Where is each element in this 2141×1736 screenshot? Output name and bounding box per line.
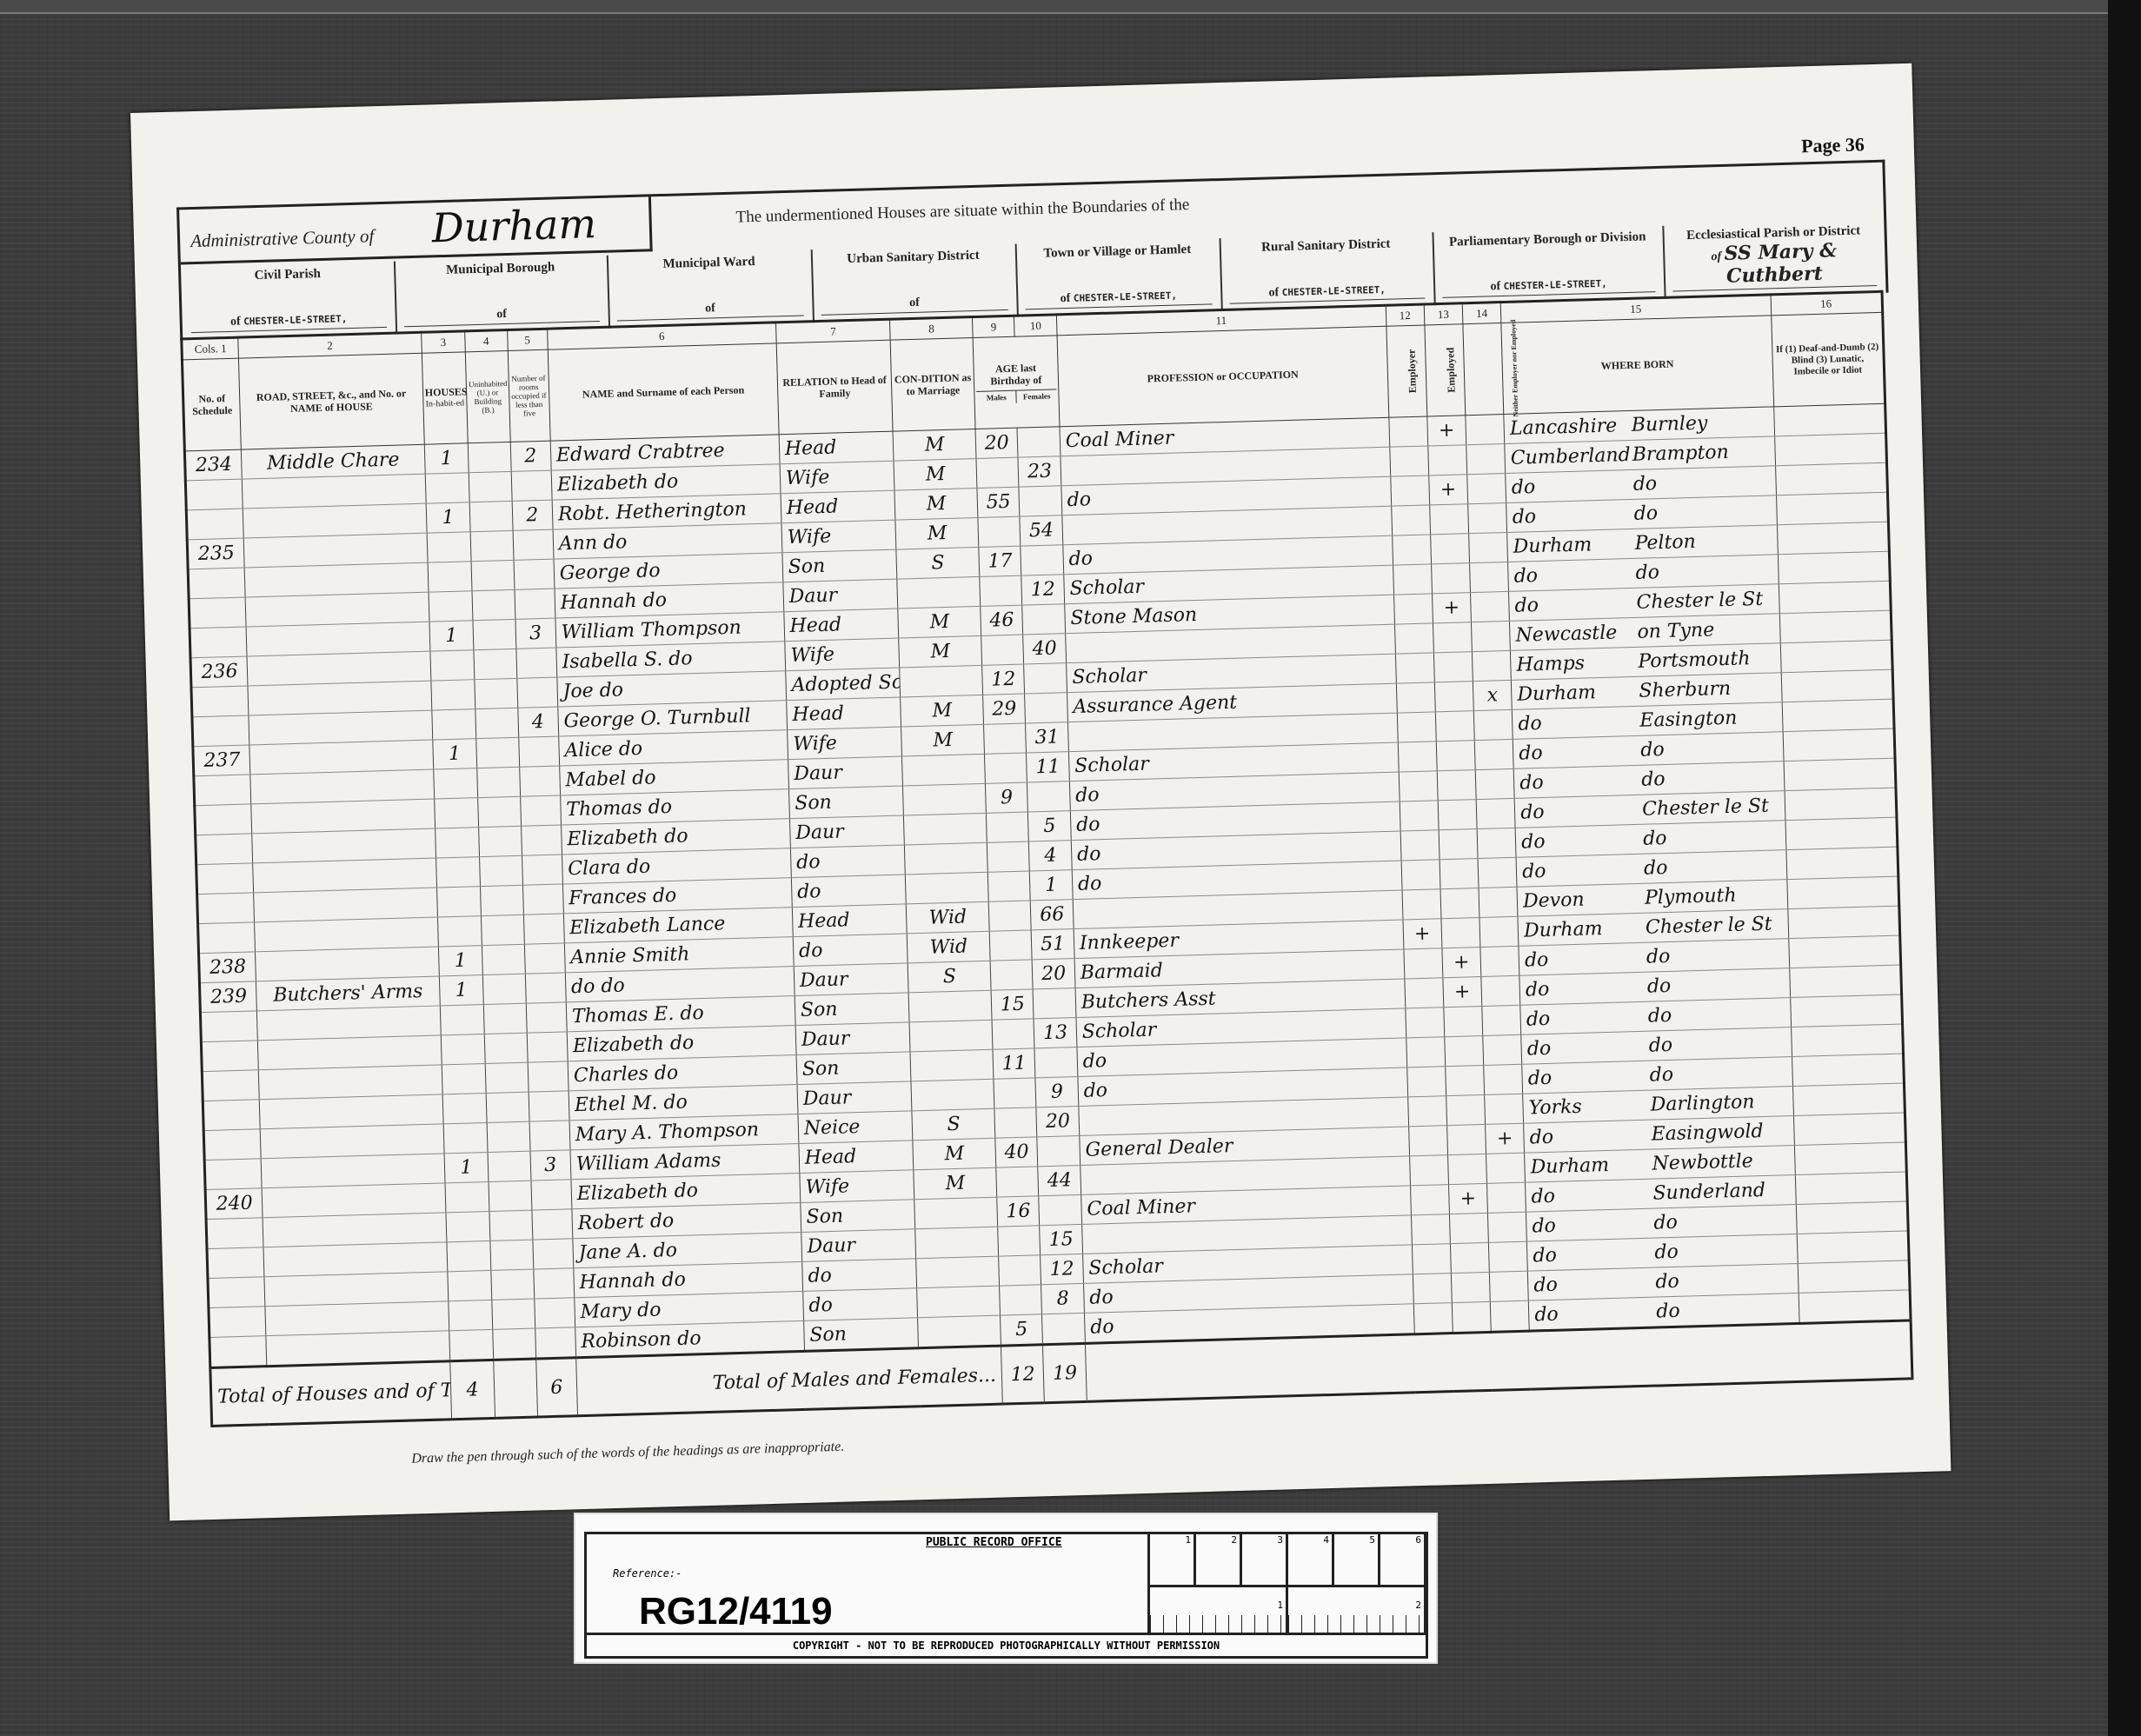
cell-infirmity	[1778, 551, 1890, 584]
cell-male-age: 11	[993, 1048, 1035, 1079]
cell-male-age	[980, 575, 1022, 606]
cell-condition	[908, 990, 992, 1022]
col-age-label: AGE last Birthday of	[975, 361, 1056, 388]
cell-rooms	[511, 470, 552, 501]
cell-relation: Head	[779, 431, 894, 464]
males-females-total-label: Total of Males and Females...	[575, 1346, 1002, 1416]
public-record-office-label: PUBLIC RECORD OFFICE Reference:- RG12/41…	[574, 1513, 1438, 1664]
born-county: do	[1526, 976, 1648, 1001]
cell-uninhabited	[485, 1062, 528, 1093]
cell-neither	[1479, 887, 1518, 917]
cell-condition: M	[914, 1167, 997, 1200]
cell-female-age	[1017, 427, 1060, 457]
cell-rooms	[526, 1002, 567, 1033]
born-county: Durham	[1524, 917, 1646, 942]
cell-uninhabited	[493, 1328, 535, 1360]
cell-male-age: 20	[975, 428, 1018, 458]
cell-male-age: 5	[1001, 1314, 1043, 1346]
cell-relation: Daur	[788, 756, 902, 789]
cell-schedule	[208, 1277, 265, 1308]
cell-neither	[1480, 946, 1519, 976]
born-place: Burnley	[1632, 412, 1708, 436]
houses-uninhabited-total	[494, 1359, 537, 1418]
cell-uninhabited	[481, 885, 523, 915]
cell-uninhabited	[490, 1240, 533, 1270]
cell-uninhabited	[468, 442, 510, 472]
cell-uninhabited	[480, 855, 522, 886]
division-label: Parliamentary Borough or Division	[1432, 226, 1662, 250]
cell-uninhabited	[469, 471, 511, 502]
column-number: 4	[465, 330, 508, 352]
cell-female-age: 20	[1033, 959, 1075, 989]
cell-condition: M	[898, 606, 981, 638]
cell-condition	[916, 1256, 1000, 1288]
division-label: Urban Sanitary District	[811, 244, 1015, 269]
cell-employed	[1438, 800, 1477, 830]
cell-relation: Head	[781, 490, 895, 523]
cell-uninhabited	[487, 1121, 529, 1152]
cell-schedule: 240	[205, 1188, 263, 1220]
cell-relation: Head	[787, 697, 901, 730]
cell-male-age: 29	[983, 694, 1026, 724]
cell-employed	[1449, 1213, 1488, 1243]
born-county: do	[1534, 1301, 1657, 1327]
cell-employer	[1390, 476, 1429, 506]
cell-infirmity	[1780, 640, 1892, 673]
col-employed: Employed	[1425, 324, 1466, 416]
cell-rooms: 3	[530, 1150, 571, 1181]
cell-inhabited	[442, 1094, 487, 1124]
cell-condition: M	[894, 458, 977, 490]
cell-male-age	[986, 812, 1028, 842]
cell-female-age	[1019, 486, 1061, 516]
cell-relation: Daur	[794, 963, 908, 996]
cell-rooms	[528, 1061, 568, 1092]
cell-male-age: 40	[995, 1137, 1038, 1167]
cell-schedule	[209, 1336, 267, 1368]
cell-inhabited	[429, 591, 473, 622]
cell-employed	[1445, 1035, 1484, 1066]
cell-schedule	[196, 834, 253, 865]
born-place: do	[1648, 1034, 1672, 1057]
cell-employer	[1398, 742, 1437, 772]
division-value: CHESTER-LE-STREET,	[1442, 276, 1655, 298]
born-place: Chester le St	[1636, 589, 1763, 614]
cell-rooms	[515, 648, 556, 678]
cell-schedule	[198, 922, 256, 954]
born-place: do	[1646, 946, 1671, 968]
cell-infirmity	[1779, 610, 1892, 643]
cell-employer: +	[1403, 919, 1442, 949]
division-value: CHESTER-LE-STREET,	[191, 311, 387, 333]
cell-neither	[1472, 650, 1511, 681]
cell-schedule	[203, 1100, 260, 1131]
cell-condition	[903, 783, 987, 815]
cell-female-age	[1027, 782, 1070, 812]
born-place: do	[1649, 1064, 1673, 1087]
cell-condition	[905, 842, 988, 875]
cell-employed	[1452, 1301, 1491, 1333]
cell-schedule: 239	[199, 981, 256, 1013]
column-number: 9	[972, 316, 1014, 337]
cell-inhabited	[447, 1240, 491, 1271]
cell-rooms	[527, 1032, 568, 1062]
cell-inhabited	[435, 828, 479, 858]
cell-employed	[1440, 859, 1479, 889]
cell-inhabited: 1	[429, 621, 474, 651]
cell-employer	[1391, 505, 1430, 535]
cell-inhabited	[443, 1122, 488, 1153]
cell-male-age	[976, 457, 1019, 488]
cell-neither	[1470, 591, 1509, 622]
ruler-cm-mark: 4	[1288, 1534, 1334, 1585]
cell-employer	[1394, 623, 1433, 654]
cell-female-age	[1022, 604, 1065, 635]
cell-uninhabited	[482, 944, 525, 974]
col-relation: RELATION to Head of Family	[776, 340, 893, 435]
cell-schedule	[201, 1041, 258, 1072]
cell-employed	[1435, 711, 1474, 742]
cell-schedule	[202, 1070, 259, 1101]
cell-condition: S	[908, 961, 992, 993]
cell-neither	[1468, 502, 1507, 533]
cell-uninhabited	[470, 530, 513, 561]
cell-male-age	[994, 1107, 1037, 1138]
cell-neither	[1473, 709, 1513, 740]
col-age: AGE last Birthday ofMalesFemales	[973, 336, 1060, 429]
cell-female-age: 5	[1028, 811, 1071, 841]
born-place: do	[1648, 1005, 1672, 1028]
born-place: Easington	[1639, 708, 1738, 732]
cell-inhabited	[449, 1329, 493, 1360]
ruler-cm-mark: 6	[1380, 1534, 1426, 1585]
cell-condition: M	[901, 695, 984, 727]
cell-neither	[1478, 857, 1517, 888]
cell-schedule	[206, 1218, 263, 1249]
division-label: Rural Sanitary District	[1220, 232, 1433, 256]
cell-inhabited: 1	[426, 502, 470, 533]
cell-uninhabited	[475, 708, 518, 738]
cell-employer	[1409, 1155, 1448, 1186]
column-number: 10	[1014, 315, 1057, 336]
cell-rooms	[518, 736, 559, 767]
scale-ruler: 123456 12	[1147, 1534, 1426, 1633]
born-place: do	[1641, 768, 1666, 791]
cell-employed	[1440, 888, 1479, 919]
cell-neither	[1485, 1094, 1524, 1124]
cell-employed	[1447, 1154, 1486, 1184]
cell-inhabited	[433, 768, 477, 799]
cell-relation: Head	[792, 904, 907, 937]
born-county: Cumberland	[1511, 444, 1633, 469]
born-county: do	[1520, 799, 1643, 824]
cell-employer	[1395, 653, 1434, 683]
cell-schedule	[196, 863, 254, 895]
cell-uninhabited	[489, 1210, 532, 1240]
cell-relation: Wife	[787, 727, 901, 760]
cell-rooms	[522, 855, 562, 885]
cell-uninhabited	[484, 1033, 527, 1063]
cell-neither	[1488, 1241, 1527, 1272]
cell-relation: Adopted Son	[786, 668, 901, 701]
cell-relation: do	[802, 1288, 917, 1321]
copyright-notice: COPYRIGHT - NOT TO BE REPRODUCED PHOTOGR…	[587, 1633, 1426, 1656]
footnote: Draw the pen through such of the words o…	[411, 1440, 844, 1467]
cell-employed: +	[1429, 475, 1468, 505]
cell-employer	[1412, 1244, 1451, 1274]
cell-inhabited	[431, 709, 475, 740]
born-place: do	[1640, 739, 1665, 762]
col-where-born: WHERE BORN	[1501, 316, 1773, 415]
cell-infirmity	[1783, 728, 1895, 762]
cell-employer	[1407, 1096, 1446, 1127]
cell-employer	[1405, 1008, 1444, 1038]
cell-employed	[1433, 622, 1472, 653]
cell-employer	[1397, 712, 1436, 742]
cell-employed: +	[1443, 977, 1482, 1008]
scan-top-band	[0, 0, 2141, 14]
division-rural-sanitary-district: Rural Sanitary DistrictCHESTER-LE-STREET…	[1220, 232, 1436, 311]
col-inhabited: HOUSESIn-habit-ed	[422, 352, 468, 444]
born-place: do	[1644, 857, 1668, 880]
cell-relation: do	[793, 934, 908, 967]
cell-male-age	[989, 930, 1032, 961]
cell-neither	[1469, 532, 1508, 562]
cell-infirmity	[1785, 847, 1898, 880]
cell-inhabited	[434, 798, 478, 828]
cell-employed	[1445, 1065, 1484, 1095]
cell-rooms: 4	[517, 707, 558, 737]
cell-condition: M	[913, 1138, 996, 1170]
cell-male-age: 17	[979, 546, 1021, 576]
cell-condition	[902, 754, 986, 786]
cell-schedule	[189, 627, 247, 658]
cell-inhabited: 1	[438, 946, 482, 976]
cell-relation: Son	[788, 786, 903, 819]
cell-neither: x	[1473, 680, 1512, 710]
col-rooms: Number of rooms occupied if less than fi…	[508, 349, 550, 442]
cell-employer	[1396, 682, 1435, 713]
administrative-county-label: Administrative County of	[190, 225, 375, 252]
cell-inhabited	[448, 1300, 492, 1330]
reference-number: RG12/4119	[639, 1590, 833, 1633]
division-town-or-village-or-hamlet: Town or Village or HamletCHESTER-LE-STRE…	[1015, 238, 1223, 317]
cell-rooms	[533, 1268, 574, 1299]
cell-infirmity	[1785, 788, 1897, 821]
cell-employer	[1404, 978, 1443, 1008]
cell-schedule	[192, 715, 249, 747]
cell-rooms	[514, 559, 555, 589]
cell-employer	[1393, 564, 1432, 595]
cell-relation: Wife	[781, 520, 896, 553]
column-number: 3	[421, 331, 465, 353]
cell-infirmity	[1784, 758, 1896, 791]
born-county: do	[1512, 503, 1634, 529]
cell-employer	[1406, 1037, 1445, 1068]
cell-schedule	[197, 893, 255, 924]
born-county: do	[1529, 1124, 1652, 1149]
cell-relation: do	[791, 875, 906, 908]
cell-condition: Wid	[907, 901, 990, 934]
cell-uninhabited	[472, 589, 515, 620]
cell-female-age: 12	[1041, 1254, 1083, 1284]
cell-female-age	[1021, 545, 1063, 575]
cell-employed	[1446, 1124, 1486, 1154]
col-males: Males	[976, 390, 1016, 403]
record-office-title: PUBLIC RECORD OFFICE	[926, 1536, 1062, 1549]
cell-employer	[1399, 771, 1438, 801]
cell-inhabited	[440, 1005, 484, 1035]
cell-neither	[1487, 1212, 1526, 1242]
cell-rooms	[519, 766, 560, 796]
col-neither: Neither Employer nor Employed	[1463, 323, 1504, 416]
cell-male-age	[992, 1019, 1034, 1049]
scan-right-band	[2108, 0, 2141, 1736]
cell-uninhabited	[486, 1092, 529, 1122]
males-total: 12	[1001, 1345, 1045, 1404]
cell-infirmity	[1787, 906, 1899, 939]
division-value: CHESTER-LE-STREET,	[1229, 283, 1425, 304]
cell-uninhabited	[492, 1299, 535, 1329]
cell-male-age: 16	[997, 1196, 1040, 1227]
cell-female-age	[1042, 1313, 1085, 1344]
cell-condition: M	[895, 517, 979, 549]
cell-infirmity	[1792, 1054, 1904, 1087]
division-civil-parish: Civil ParishCHESTER-LE-STREET,	[181, 262, 397, 341]
administrative-county-value: Durham	[431, 200, 597, 251]
born-county: do	[1527, 1035, 1650, 1061]
cell-inhabited	[425, 473, 469, 503]
born-county: Hamps	[1516, 651, 1639, 676]
cell-relation: Son	[801, 1200, 915, 1233]
cell-employer	[1389, 446, 1428, 476]
column-number: 16	[1771, 291, 1883, 316]
cell-uninhabited	[477, 767, 520, 797]
born-place: Chester le St	[1642, 795, 1769, 821]
born-county: Yorks	[1528, 1094, 1651, 1120]
cell-neither	[1477, 828, 1516, 858]
cell-condition: S	[912, 1108, 995, 1141]
census-table: Cols. 12345678910111213141516 No. of Sch…	[180, 290, 1913, 1427]
cell-inhabited	[441, 1034, 485, 1065]
cell-female-age: 31	[1026, 722, 1068, 753]
cell-male-age: 55	[977, 487, 1020, 517]
cell-female-age: 51	[1032, 929, 1074, 960]
cell-uninhabited	[488, 1151, 530, 1181]
cell-condition	[917, 1286, 1001, 1318]
cell-inhabited	[431, 680, 475, 710]
cell-inhabited	[437, 916, 482, 947]
cell-condition: M	[899, 635, 982, 668]
cell-condition	[911, 1079, 994, 1111]
cell-condition	[900, 665, 983, 697]
cell-neither	[1474, 739, 1513, 769]
born-county: Durham	[1513, 533, 1635, 558]
born-county: do	[1532, 1213, 1654, 1238]
cell-employed	[1437, 770, 1476, 801]
born-county: do	[1526, 1006, 1649, 1031]
cell-uninhabited	[482, 915, 524, 945]
col-uninhabited: Uninhabited (U.) or Building (B.)	[465, 350, 509, 442]
cell-male-age	[996, 1167, 1039, 1197]
cell-rooms	[516, 677, 557, 708]
cell-uninhabited	[491, 1269, 534, 1300]
cell-condition	[914, 1197, 998, 1229]
cell-inhabited: 1	[444, 1152, 489, 1182]
cell-employer	[1410, 1185, 1449, 1215]
cell-schedule	[207, 1247, 264, 1279]
ruler-cm-mark: 1	[1150, 1534, 1196, 1585]
column-number: 14	[1462, 303, 1501, 324]
cell-infirmity	[1792, 1083, 1905, 1116]
born-county: Durham	[1517, 681, 1639, 706]
born-county: do	[1513, 562, 1636, 588]
division-label: Civil Parish	[181, 262, 394, 286]
born-county: do	[1533, 1242, 1655, 1267]
houses-inhabited-total: 4	[449, 1360, 495, 1419]
cell-inhabited	[442, 1064, 486, 1094]
ruler-cm-mark: 5	[1334, 1534, 1380, 1585]
cell-infirmity	[1798, 1260, 1910, 1294]
born-place: Pelton	[1634, 531, 1696, 555]
born-county: Lancashire	[1510, 415, 1632, 440]
cell-male-age	[988, 901, 1031, 931]
cell-female-age: 23	[1018, 456, 1061, 487]
cell-schedule: 236	[190, 656, 248, 688]
cell-employer	[1406, 1067, 1446, 1097]
cell-condition	[904, 813, 987, 845]
division-municipal-ward: Municipal Ward	[607, 249, 815, 329]
cell-employer	[1388, 416, 1427, 447]
cell-male-age: 46	[981, 605, 1023, 635]
cell-condition	[906, 872, 989, 904]
cell-inhabited	[445, 1181, 489, 1212]
cell-rooms	[522, 884, 563, 915]
cell-infirmity	[1781, 669, 1893, 702]
cell-rooms	[535, 1327, 575, 1359]
cell-uninhabited	[482, 974, 525, 1004]
cell-neither	[1471, 621, 1510, 651]
cell-female-age: 54	[1020, 515, 1062, 546]
cell-inhabited: 1	[439, 975, 483, 1006]
cell-neither	[1484, 1064, 1523, 1094]
cell-infirmity	[1785, 817, 1897, 850]
cell-uninhabited	[474, 649, 516, 679]
cell-employed	[1439, 829, 1478, 860]
rooms-total: 6	[535, 1358, 577, 1417]
division-parliamentary-borough-or-division: Parliamentary Borough or DivisionCHESTER…	[1432, 226, 1666, 305]
cell-schedule: 234	[184, 449, 242, 481]
cell-neither	[1475, 768, 1514, 799]
cell-female-age: 11	[1027, 752, 1069, 782]
col-females: Females	[1016, 389, 1057, 402]
division-value	[403, 305, 599, 327]
cell-female-age: 15	[1040, 1224, 1082, 1254]
born-place: do	[1655, 1271, 1679, 1294]
cell-condition	[910, 1049, 994, 1081]
born-place: Portsmouth	[1638, 648, 1751, 673]
cell-rooms	[520, 795, 561, 826]
born-place: Plymouth	[1645, 885, 1737, 909]
cell-neither	[1470, 562, 1509, 592]
cell-female-age: 4	[1029, 841, 1072, 871]
cell-neither	[1479, 916, 1519, 947]
cell-inhabited	[436, 887, 481, 917]
cell-uninhabited	[469, 501, 512, 531]
cell-employer	[1413, 1274, 1452, 1304]
col-employed-label: Employed	[1444, 348, 1457, 393]
record-office-box: PUBLIC RECORD OFFICE Reference:- RG12/41…	[584, 1532, 1428, 1659]
